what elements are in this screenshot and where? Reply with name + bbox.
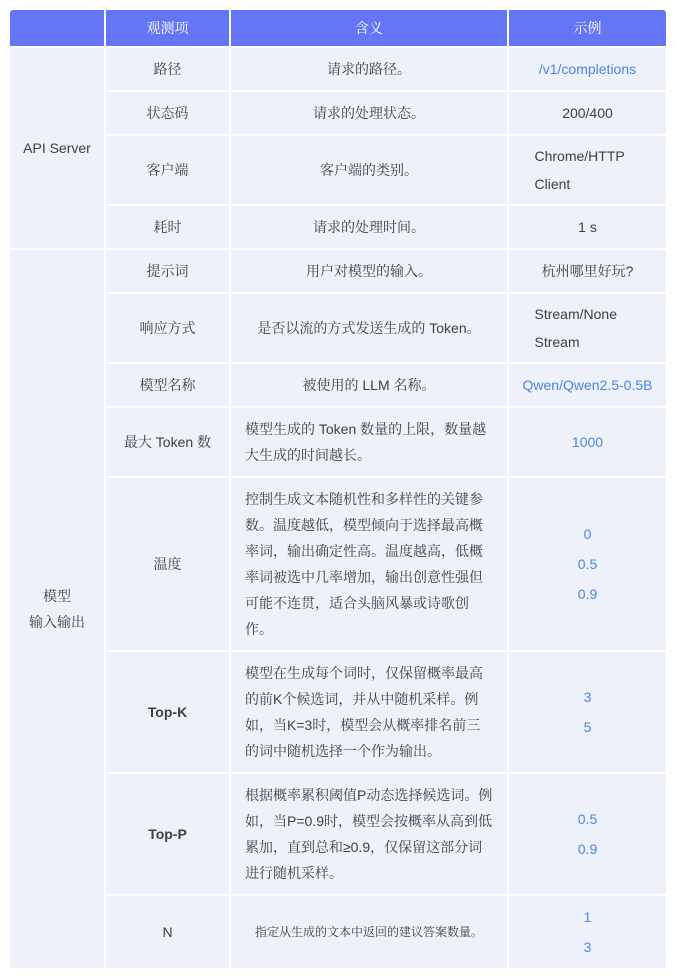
item-cell: 状态码	[106, 92, 229, 134]
item-cell: Top-P	[106, 774, 229, 894]
example-value: 0	[521, 519, 654, 549]
item-cell: 提示词	[106, 250, 229, 292]
header-item: 观测项	[106, 10, 229, 46]
example-value: Stream/None Stream	[535, 300, 641, 356]
table-row: 客户端客户端的类别。Chrome/HTTP Client	[10, 136, 666, 204]
page: 观测项 含义 示例 API Server路径请求的路径。/v1/completi…	[0, 0, 676, 978]
meaning-cell: 指定从生成的文本中返回的建议答案数量。	[231, 896, 507, 968]
table-row: API Server路径请求的路径。/v1/completions	[10, 48, 666, 90]
example-cell: 00.50.9	[509, 478, 666, 650]
example-value: 0.5	[521, 549, 654, 579]
item-cell: 模型名称	[106, 364, 229, 406]
meaning-cell: 请求的处理状态。	[231, 92, 507, 134]
header-row: 观测项 含义 示例	[10, 10, 666, 46]
group-label-cell: 模型 输入输出	[10, 250, 104, 968]
example-cell: 200/400	[509, 92, 666, 134]
example-value: Chrome/HTTP Client	[535, 142, 641, 198]
table-row: 模型名称被使用的 LLM 名称。Qwen/Qwen2.5-0.5B	[10, 364, 666, 406]
table-row: 模型 输入输出提示词用户对模型的输入。杭州哪里好玩?	[10, 250, 666, 292]
example-value: 3	[521, 932, 654, 962]
example-value: 3	[521, 682, 654, 712]
table-row: 最大 Token 数模型生成的 Token 数量的上限，数量越大生成的时间越长。…	[10, 408, 666, 476]
meaning-cell: 用户对模型的输入。	[231, 250, 507, 292]
example-value: 1000	[521, 427, 654, 457]
example-value: 0.5	[521, 804, 654, 834]
meaning-cell: 被使用的 LLM 名称。	[231, 364, 507, 406]
example-value: /v1/completions	[521, 54, 654, 84]
meaning-cell: 客户端的类别。	[231, 136, 507, 204]
table-row: 耗时请求的处理时间。1 s	[10, 206, 666, 248]
example-value: 0.9	[521, 834, 654, 864]
header-meaning: 含义	[231, 10, 507, 46]
example-cell: Stream/None Stream	[509, 294, 666, 362]
meaning-cell: 控制生成文本随机性和多样性的关键参数。温度越低，模型倾向于选择最高概率词，输出确…	[231, 478, 507, 650]
header-corner-cell	[10, 10, 104, 46]
item-cell: 耗时	[106, 206, 229, 248]
table-body: API Server路径请求的路径。/v1/completions状态码请求的处…	[10, 48, 666, 968]
example-cell: 13	[509, 896, 666, 968]
meaning-cell: 模型生成的 Token 数量的上限，数量越大生成的时间越长。	[231, 408, 507, 476]
example-cell: Qwen/Qwen2.5-0.5B	[509, 364, 666, 406]
example-value: 1 s	[521, 212, 654, 242]
example-value: 200/400	[521, 98, 654, 128]
meaning-cell: 请求的处理时间。	[231, 206, 507, 248]
item-cell: Top-K	[106, 652, 229, 772]
table-row: 状态码请求的处理状态。200/400	[10, 92, 666, 134]
item-cell: N	[106, 896, 229, 968]
meaning-cell: 根据概率累积阈值P动态选择候选词。例如，当P=0.9时，模型会按概率从高到低累加…	[231, 774, 507, 894]
item-cell: 响应方式	[106, 294, 229, 362]
example-cell: 杭州哪里好玩?	[509, 250, 666, 292]
example-cell: 35	[509, 652, 666, 772]
example-cell: 1000	[509, 408, 666, 476]
item-cell: 最大 Token 数	[106, 408, 229, 476]
table-row: N指定从生成的文本中返回的建议答案数量。13	[10, 896, 666, 968]
table-row: 温度控制生成文本随机性和多样性的关键参数。温度越低，模型倾向于选择最高概率词，输…	[10, 478, 666, 650]
table-row: 响应方式是否以流的方式发送生成的 Token。Stream/None Strea…	[10, 294, 666, 362]
meaning-cell: 请求的路径。	[231, 48, 507, 90]
example-cell: 1 s	[509, 206, 666, 248]
table-row: Top-P根据概率累积阈值P动态选择候选词。例如，当P=0.9时，模型会按概率从…	[10, 774, 666, 894]
header-example: 示例	[509, 10, 666, 46]
example-cell: Chrome/HTTP Client	[509, 136, 666, 204]
meaning-cell: 是否以流的方式发送生成的 Token。	[231, 294, 507, 362]
item-cell: 客户端	[106, 136, 229, 204]
item-cell: 温度	[106, 478, 229, 650]
example-value: 0.9	[521, 579, 654, 609]
example-cell: 0.50.9	[509, 774, 666, 894]
example-value: 5	[521, 712, 654, 742]
meaning-cell: 模型在生成每个词时，仅保留概率最高的前K个候选词，并从中随机采样。例如，当K=3…	[231, 652, 507, 772]
observability-table: 观测项 含义 示例 API Server路径请求的路径。/v1/completi…	[8, 8, 668, 970]
example-value: 杭州哪里好玩?	[521, 256, 654, 286]
table-row: Top-K模型在生成每个词时，仅保留概率最高的前K个候选词，并从中随机采样。例如…	[10, 652, 666, 772]
example-value: 1	[521, 902, 654, 932]
item-cell: 路径	[106, 48, 229, 90]
example-cell: /v1/completions	[509, 48, 666, 90]
group-label-cell: API Server	[10, 48, 104, 248]
example-value: Qwen/Qwen2.5-0.5B	[521, 370, 654, 400]
